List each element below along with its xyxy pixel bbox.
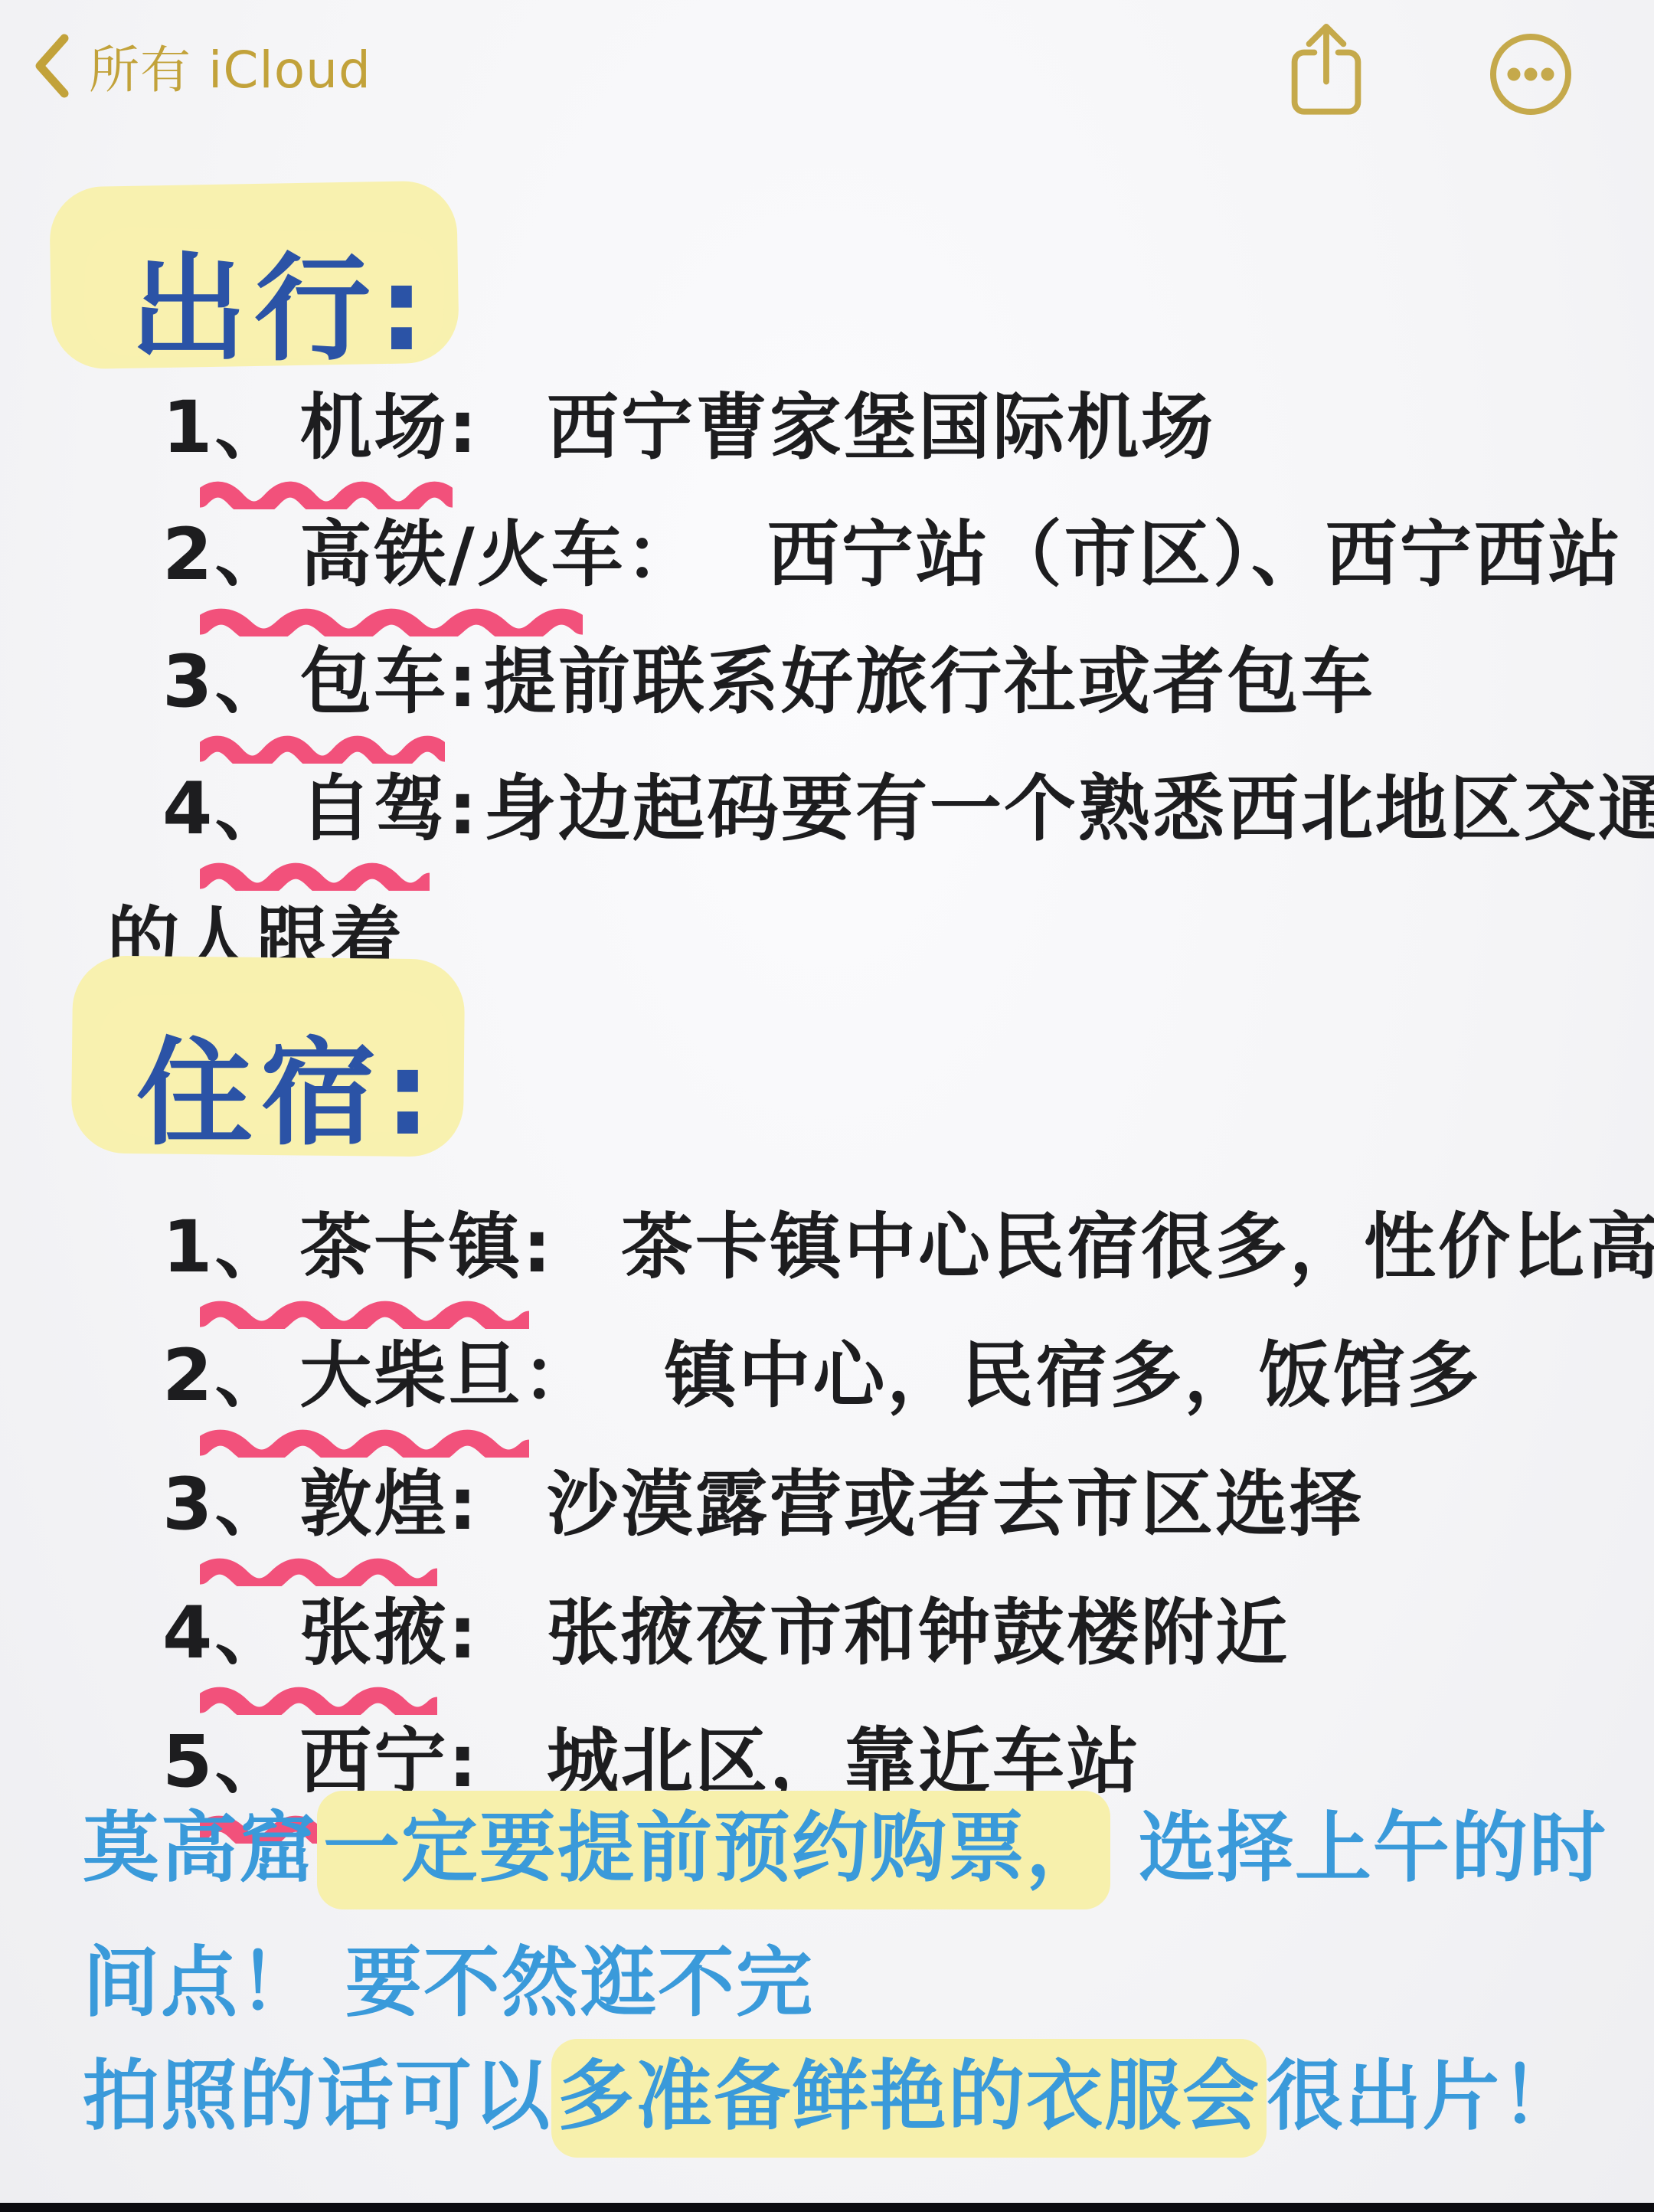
section-title-lodging: 住宿: (136, 1000, 439, 1167)
back-button-label: 所有 iCloud (89, 29, 371, 102)
chevron-left-icon (32, 34, 69, 98)
share-icon (1283, 20, 1369, 121)
list-item-text: 沙漠露营或者去市区选择 (547, 1446, 1364, 1549)
list-item-number: 4、 (162, 751, 289, 854)
note-mogao-line1: 莫高窟一定要提前预约购票， 选择上午的时 (83, 1786, 1607, 1896)
list-item-keyword: 茶卡镇: (299, 1206, 554, 1289)
list-item: 4、 自驾: 身边起码要有一个熟悉西北地区交通 (162, 751, 1654, 854)
list-item-number: 4、 (162, 1575, 289, 1678)
list-item-number: 3、 (162, 623, 289, 727)
share-button[interactable] (1283, 20, 1369, 121)
section-title-transport: 出行: (130, 216, 433, 383)
list-item: 4、 张掖: 张掖夜市和钟鼓楼附近 (162, 1575, 1290, 1678)
nav-bar: 所有 iCloud (0, 0, 1654, 130)
list-item-number: 2、 (162, 1317, 289, 1421)
list-item-text: 茶卡镇中心民宿很多，性价比高 (621, 1189, 1654, 1292)
list-item: 3、 包车: 提前联系好旅行社或者包车 (162, 623, 1375, 727)
list-item: 2、 大柴旦： 镇中心，民宿多，饭馆多 (162, 1317, 1481, 1421)
note-text-highlighted: 一定要提前预约购票， (317, 1791, 1110, 1909)
list-item-text: 西宁站（市区）、西宁西站 (767, 496, 1623, 600)
list-item-number: 1、 (162, 1189, 289, 1292)
list-item-keyword: 自驾: (299, 767, 479, 851)
list-item-text: 镇中心，民宿多，饭馆多 (664, 1317, 1481, 1421)
note-text: 莫高窟 (83, 1803, 317, 1893)
list-item-keyword: 高铁/火车： (299, 513, 699, 597)
list-item: 1、 茶卡镇: 茶卡镇中心民宿很多，性价比高 (162, 1189, 1654, 1292)
bottom-edge-strip (0, 2203, 1654, 2212)
note-photo: 拍照的话可以多准备鲜艳的衣服会很出片！ (83, 2034, 1579, 2145)
list-item-number: 1、 (162, 369, 289, 473)
more-ellipsis-icon (1489, 32, 1573, 116)
back-button[interactable]: 所有 iCloud (32, 29, 371, 102)
list-item: 2、 高铁/火车： 西宁站（市区）、西宁西站 (162, 496, 1623, 600)
list-item: 1、 机场: 西宁曹家堡国际机场 (162, 369, 1215, 473)
list-item: 3、 敦煌: 沙漠露营或者去市区选择 (162, 1446, 1364, 1549)
list-item-text: 西宁曹家堡国际机场 (547, 369, 1215, 473)
list-item-keyword: 张掖: (299, 1592, 479, 1675)
notes-app-screen: 所有 iCloud 出行: 1、 机场: (0, 0, 1654, 2212)
list-item-text: 身边起码要有一个熟悉西北地区交通 (484, 751, 1654, 854)
list-item-keyword: 敦煌: (299, 1463, 479, 1546)
note-text-highlighted: 多准备鲜艳的衣服会 (551, 2039, 1267, 2158)
list-item-keyword: 机场: (299, 386, 479, 470)
list-item-number: 3、 (162, 1446, 289, 1549)
list-item-number: 2、 (162, 496, 289, 600)
list-item-keyword: 大柴旦： (299, 1334, 597, 1418)
list-item-text: 提前联系好旅行社或者包车 (484, 623, 1375, 727)
note-mogao-line2: 间点！ 要不然逛不完 (83, 1921, 814, 2031)
note-text: 拍照的话可以 (83, 2051, 551, 2141)
note-text: 选择上午的时 (1110, 1803, 1607, 1893)
more-button[interactable] (1489, 32, 1573, 116)
note-text: 很出片！ (1267, 2051, 1579, 2141)
list-item-keyword: 包车: (299, 640, 479, 724)
list-item-text: 张掖夜市和钟鼓楼附近 (547, 1575, 1290, 1678)
